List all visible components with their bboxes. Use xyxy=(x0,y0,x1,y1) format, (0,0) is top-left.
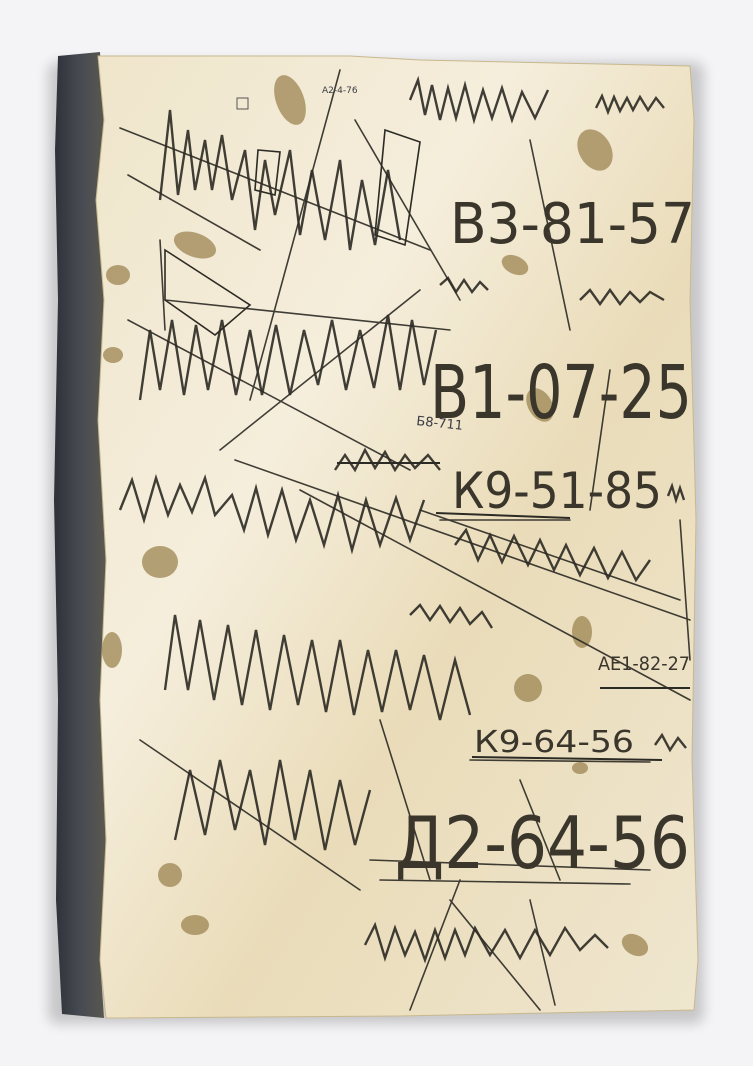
phone-number-k9a: К9-51-85 xyxy=(452,462,662,520)
artwork-photo: В3-81-57 В1-07-25 К9-51-85 К9-64-56 АЕ1-… xyxy=(0,0,753,1066)
phone-number-b3: В3-81-57 xyxy=(450,192,695,257)
note-a2: А2-4-76 xyxy=(322,86,358,96)
phone-number-k9b: К9-64-56 xyxy=(474,725,634,760)
phone-number-b1: В1-07-25 xyxy=(430,350,692,436)
phone-number-d2: Д2-64-56 xyxy=(395,801,690,885)
phone-number-ae: АЕ1-82-27 xyxy=(598,653,690,675)
